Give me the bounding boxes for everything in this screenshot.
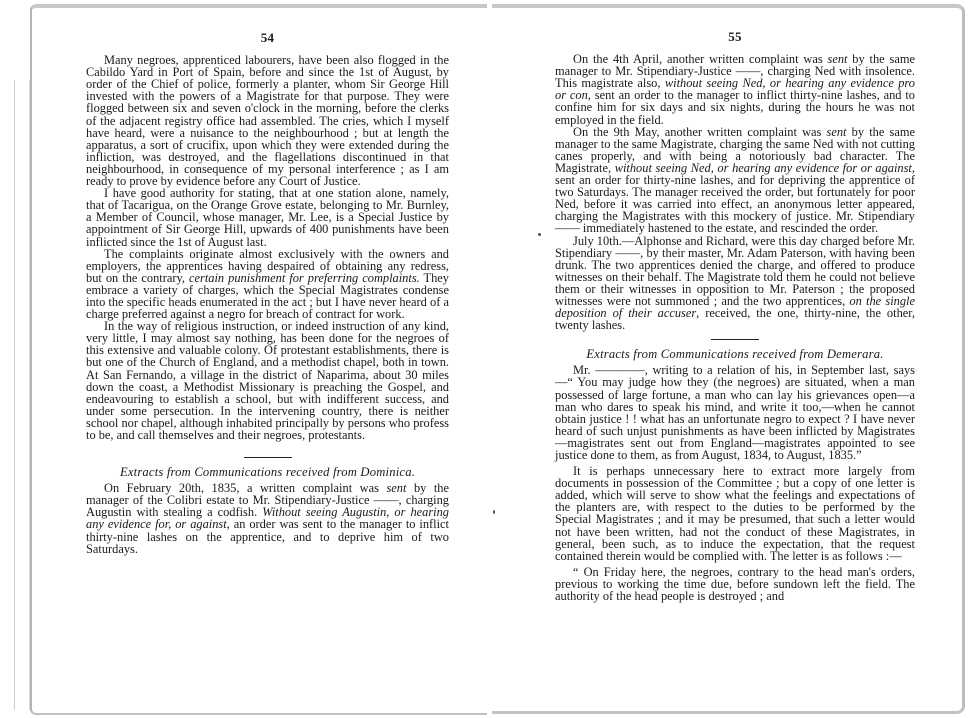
section-divider bbox=[711, 339, 759, 340]
paragraph-demerara-letter: Mr. ————, writing to a relation of his, … bbox=[555, 364, 915, 461]
scan-speck bbox=[493, 510, 495, 514]
text-run: , sent an order to the manager to inflic… bbox=[555, 88, 915, 126]
text-run: , sent an order for thirty-nine lashes, … bbox=[555, 161, 915, 235]
section-divider bbox=[244, 457, 292, 458]
right-page: 55 On the 4th April, another written com… bbox=[555, 31, 915, 602]
paragraph-may-ned: On the 9th May, another written complain… bbox=[555, 126, 915, 235]
paragraph-planter-letter: “ On Friday here, the negroes, contrary … bbox=[555, 566, 915, 602]
paragraph-july-alphonse-richard: July 10th.—Alphonse and Richard, were th… bbox=[555, 235, 915, 332]
left-page: 54 Many negroes, apprenticed labourers, … bbox=[86, 32, 449, 555]
paragraph-cabildo-floggings: Many negroes, apprenticed labourers, hav… bbox=[86, 54, 449, 187]
section-heading-dominica: Extracts from Communications received fr… bbox=[86, 466, 449, 478]
page-number: 55 bbox=[555, 31, 915, 43]
paragraph-complaints: The complaints originate almost exclusiv… bbox=[86, 248, 449, 321]
scan-speck bbox=[538, 233, 541, 236]
paragraph-religious-instruction: In the way of religious instruction, or … bbox=[86, 320, 449, 441]
paragraph-committee: It is perhaps unnecessary here to extrac… bbox=[555, 465, 915, 562]
paragraph-dominica-augustin: On February 20th, 1835, a written compla… bbox=[86, 482, 449, 555]
book-spread-scan: 54 Many negroes, apprenticed labourers, … bbox=[0, 0, 980, 718]
paragraph-april-ned: On the 4th April, another written compla… bbox=[555, 53, 915, 126]
page-number: 54 bbox=[86, 32, 449, 44]
paragraph-tacarigua: I have good authority for stating, that … bbox=[86, 187, 449, 247]
page-edge-lines bbox=[14, 80, 30, 710]
section-heading-demerara: Extracts from Communications received fr… bbox=[555, 348, 915, 360]
